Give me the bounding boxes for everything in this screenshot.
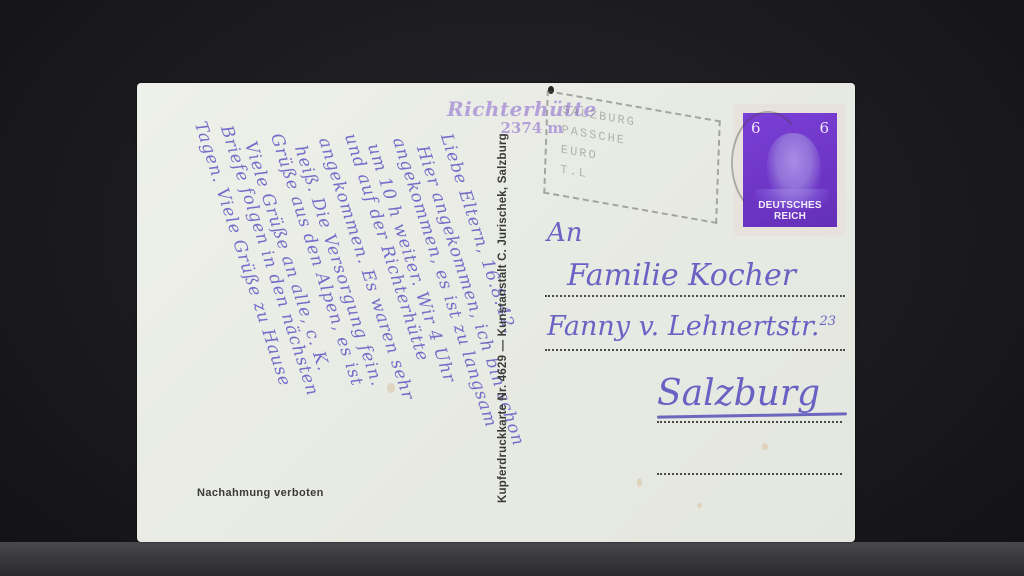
address-line-4 — [657, 473, 842, 475]
house-number: 23 — [819, 314, 836, 329]
copyright-notice: Nachahmung verboten — [197, 487, 324, 499]
cancellation-mark — [731, 111, 805, 215]
address-to: An — [547, 218, 583, 248]
publisher-imprint: Kupferdruckkarte Nr. 4629 — Kunstanstalt… — [497, 83, 517, 542]
postmark-line: T.L — [560, 162, 588, 181]
address-line-2 — [545, 349, 845, 351]
address-line-1 — [545, 295, 845, 297]
stamp-value-right: 6 — [819, 119, 829, 137]
postmark-box: SALZBURG PASSCHE EURO T.L — [543, 90, 721, 224]
address-recipient: Familie Kocher — [567, 258, 796, 293]
foxing-stain — [762, 443, 768, 450]
foxing-stain — [697, 503, 702, 508]
street-name: Fanny v. Lehnertstr. — [547, 311, 819, 342]
postcard: Liebe Eltern, 16.8.42. Hier angekommen, … — [137, 83, 855, 542]
display-shelf — [0, 542, 1024, 576]
postmark-line: EURO — [561, 143, 598, 163]
address-street: Fanny v. Lehnertstr.23 — [547, 311, 836, 342]
imprint-text: Kupferdruckkarte Nr. 4629 — Kunstanstalt… — [497, 133, 509, 503]
address-line-3 — [657, 421, 842, 423]
foxing-stain — [637, 478, 642, 487]
address-city: Salzburg — [657, 373, 820, 414]
